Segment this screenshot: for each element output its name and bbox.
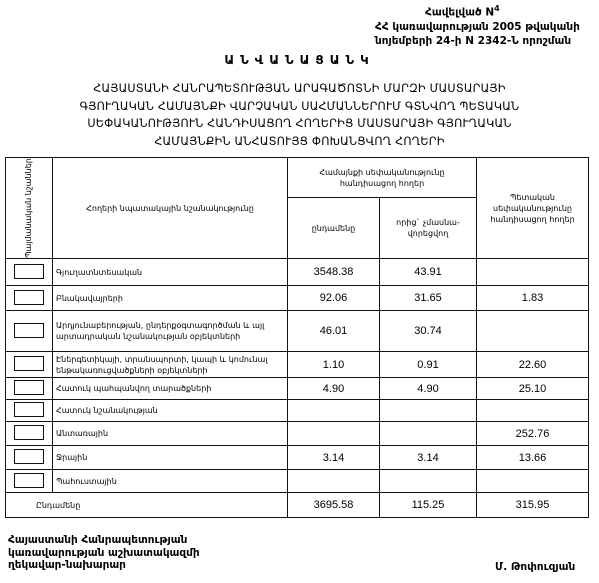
total-cell: 92.06: [288, 286, 380, 311]
state-cell: 13.66: [477, 446, 589, 470]
state-cell: [477, 311, 589, 352]
non-privatized-cell: [380, 422, 477, 446]
purpose-cell: Արդյունաբերության, ընդերքօգտագործման և ա…: [53, 311, 288, 352]
header-total: ընդամենը: [288, 198, 380, 259]
total-cell: 3548.38: [288, 259, 380, 286]
legend-box-icon: [14, 323, 44, 338]
legend-box-icon: [14, 425, 44, 440]
approval-note: Հավելված N4 ՀՀ կառավարության 2005 թվական…: [375, 2, 585, 48]
legend-box-icon: [14, 473, 44, 488]
non-privatized-cell: 4.90: [380, 378, 477, 400]
table-row: Բնակավայրերի92.0631.651.83: [6, 286, 589, 311]
approval-line-1: Հավելված N4: [375, 2, 585, 20]
table-row: Պահուստային: [6, 470, 589, 493]
total-cell: [288, 400, 380, 422]
purpose-cell: Պահուստային: [53, 470, 288, 493]
legend-symbol-cell: [6, 470, 53, 493]
purpose-cell: Գյուղատնտեսական: [53, 259, 288, 286]
position-line: ղեկավար-նախարար: [8, 559, 200, 572]
state-cell: 1.83: [477, 286, 589, 311]
header-non-privatized: որից` չմասնա-վորեցվող: [380, 198, 477, 259]
signatory-name: Մ. Թոփուզյան: [495, 561, 575, 573]
legend-box-icon: [14, 356, 44, 371]
approval-line-3: նոյեմբերի 24-ի N 2342-Ն որոշման: [375, 34, 585, 48]
total-cell: 4.90: [288, 378, 380, 400]
table-row: Էներգետիկայի, տրանսպորտի, կապի և կոմունա…: [6, 352, 589, 378]
purpose-cell: Հատուկ նշանակության: [53, 400, 288, 422]
legend-symbol-cell: [6, 378, 53, 400]
total-cell: 3.14: [288, 446, 380, 470]
table-row: Ջրային3.143.1413.66: [6, 446, 589, 470]
total-row: Ընդամենը3695.58115.25315.95: [6, 493, 589, 518]
legend-box-icon: [14, 402, 44, 417]
header-symbols: Պայմանական նշաններ: [6, 158, 53, 259]
total-cell: [288, 470, 380, 493]
legend-symbol-cell: [6, 286, 53, 311]
subtitle-line: ՀԱՄԱՅՆՔԻՆ ԱՆՀԱՏՈՒՅՑ ՓՈԽԱՆՑՎՈՂ ՀՈՂԵՐԻ: [0, 133, 599, 151]
state-cell: [477, 259, 589, 286]
legend-symbol-cell: [6, 422, 53, 446]
legend-box-icon: [14, 449, 44, 464]
non-privatized-cell: 30.74: [380, 311, 477, 352]
legend-box-icon: [14, 380, 44, 395]
document-title: ԱՆՎԱՆԱՑԱՆԿ: [0, 53, 599, 67]
table-body: Գյուղատնտեսական3548.3843.91Բնակավայրերի9…: [6, 259, 589, 518]
table-row: Անտառային252.76: [6, 422, 589, 446]
approval-line-2: ՀՀ կառավարության 2005 թվականի: [375, 20, 585, 34]
grand-state-cell: 315.95: [477, 493, 589, 518]
table-row: Արդյունաբերության, ընդերքօգտագործման և ա…: [6, 311, 589, 352]
total-cell: [288, 422, 380, 446]
subtitle-line: ՍԵՓԱԿԱՆՈՒԹՅՈՒՆ ՀԱՆԴԻՍԱՑՈՂ ՀՈՂԵՐԻՑ ՄԱՍՏԱՐ…: [0, 115, 599, 133]
header-state: Պետական սեփականությունը հանդիսացող հողեր: [477, 158, 589, 259]
state-cell: [477, 400, 589, 422]
legend-symbol-cell: [6, 259, 53, 286]
legend-symbol-cell: [6, 352, 53, 378]
state-cell: 22.60: [477, 352, 589, 378]
header-purpose: Հողերի նպատակային նշանակությունը: [53, 158, 288, 259]
state-cell: [477, 470, 589, 493]
signatory-position: Հայաստանի Հանրապետության կառավարության ա…: [8, 534, 200, 572]
total-cell: 1.10: [288, 352, 380, 378]
document-subtitle: ՀԱՅԱՍՏԱՆԻ ՀԱՆՐԱՊԵՏՈՒԹՅԱՆ ԱՐԱԳԱԾՈՏՆԻ ՄԱՐԶ…: [0, 80, 599, 150]
grand-non-privatized-cell: 115.25: [380, 493, 477, 518]
legend-box-icon: [14, 290, 44, 305]
non-privatized-cell: [380, 470, 477, 493]
non-privatized-cell: 43.91: [380, 259, 477, 286]
legend-symbol-cell: [6, 446, 53, 470]
table-row: Հատուկ նշանակության: [6, 400, 589, 422]
legend-box-icon: [14, 264, 44, 279]
non-privatized-cell: [380, 400, 477, 422]
non-privatized-cell: 0.91: [380, 352, 477, 378]
total-label: Ընդամենը: [6, 493, 288, 518]
state-cell: 252.76: [477, 422, 589, 446]
header-community: Համայնքի սեփականությունը հանդիսացող հողե…: [288, 158, 477, 198]
purpose-cell: Ջրային: [53, 446, 288, 470]
table-row: Գյուղատնտեսական3548.3843.91: [6, 259, 589, 286]
position-line: Հայաստանի Հանրապետության: [8, 534, 200, 547]
purpose-cell: Բնակավայրերի: [53, 286, 288, 311]
total-cell: 46.01: [288, 311, 380, 352]
non-privatized-cell: 3.14: [380, 446, 477, 470]
non-privatized-cell: 31.65: [380, 286, 477, 311]
state-cell: 25.10: [477, 378, 589, 400]
subtitle-line: ՀԱՅԱՍՏԱՆԻ ՀԱՆՐԱՊԵՏՈՒԹՅԱՆ ԱՐԱԳԱԾՈՏՆԻ ՄԱՐԶ…: [0, 80, 599, 98]
subtitle-line: ԳՅՈՒՂԱԿԱՆ ՀԱՄԱՅՆՔԻ ՎԱՐՉԱԿԱՆ ՍԱՀՄԱՆՆԵՐՈՒՄ…: [0, 98, 599, 116]
grand-total-cell: 3695.58: [288, 493, 380, 518]
position-line: կառավարության աշխատակազմի: [8, 547, 200, 560]
legend-symbol-cell: [6, 400, 53, 422]
legend-symbol-cell: [6, 311, 53, 352]
land-table: Պայմանական նշաններ Հողերի նպատակային նշա…: [5, 157, 589, 518]
purpose-cell: Էներգետիկայի, տրանսպորտի, կապի և կոմունա…: [53, 352, 288, 378]
table-row: Հատուկ պահպանվող տարածքների4.904.9025.10: [6, 378, 589, 400]
purpose-cell: Հատուկ պահպանվող տարածքների: [53, 378, 288, 400]
purpose-cell: Անտառային: [53, 422, 288, 446]
